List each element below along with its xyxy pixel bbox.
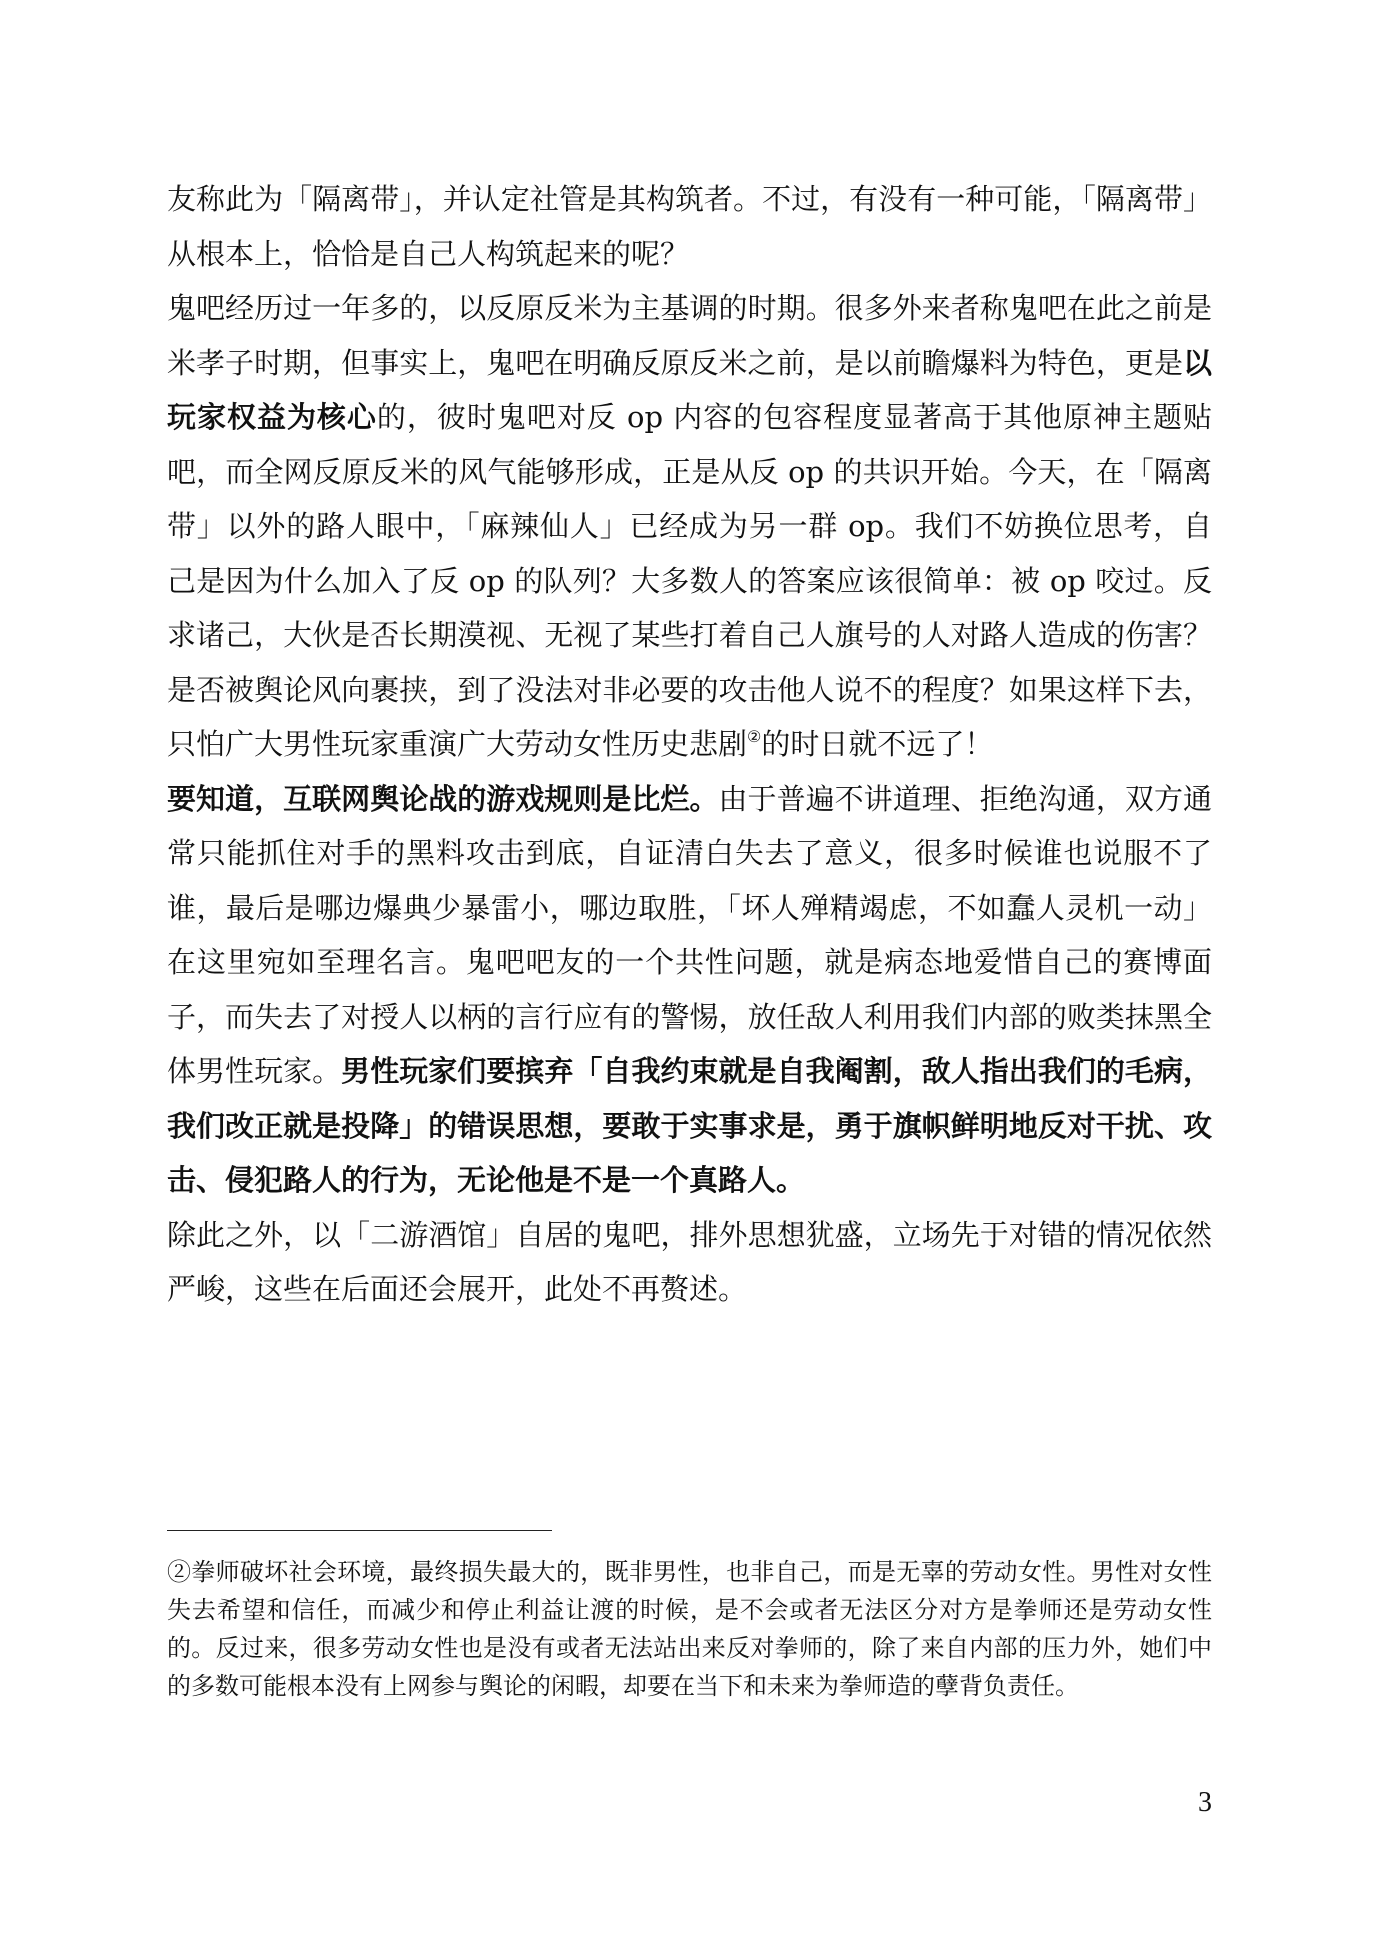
page-number: 3 xyxy=(1198,1787,1212,1819)
text-segment: 的时日就不远了！ xyxy=(761,727,993,761)
bold-emphasis: 要知道，互联网舆论战的游戏规则是比烂。 xyxy=(167,782,719,816)
footnote-reference[interactable]: ② xyxy=(747,727,761,746)
text-segment: 的，彼时鬼吧对反 op 内容的包容程度显著高于其他原神主题贴吧，而全网反原反米的… xyxy=(167,400,1212,761)
text-segment: 由于普遍不讲道理、拒绝沟通，双方通常只能抓住对手的黑料攻击到底，自证清白失去了意… xyxy=(167,782,1212,1089)
text-segment: 除此之外，以「二游酒馆」自居的鬼吧，排外思想犹盛，立场先于对错的情况依然严峻，这… xyxy=(167,1218,1212,1307)
footnote: ②拳师破坏社会环境，最终损失最大的，既非男性，也非自己，而是无辜的劳动女性。男性… xyxy=(167,1553,1212,1705)
footnote-divider xyxy=(167,1530,552,1531)
paragraph-2: 鬼吧经历过一年多的，以反原反米为主基调的时期。很多外来者称鬼吧在此之前是米孝子时… xyxy=(167,281,1212,772)
body-text: 友称此为「隔离带」，并认定社管是其构筑者。不过，有没有一种可能，「隔离带」从根本… xyxy=(167,172,1212,1317)
text-segment: 鬼吧经历过一年多的，以反原反米为主基调的时期。很多外来者称鬼吧在此之前是米孝子时… xyxy=(167,291,1212,380)
footnote-text: 拳师破坏社会环境，最终损失最大的，既非男性，也非自己，而是无辜的劳动女性。男性对… xyxy=(167,1558,1212,1700)
text-segment: 友称此为「隔离带」，并认定社管是其构筑者。不过，有没有一种可能，「隔离带」从根本… xyxy=(167,182,1212,271)
footnote-marker: ② xyxy=(167,1558,191,1586)
document-page: 友称此为「隔离带」，并认定社管是其构筑者。不过，有没有一种可能，「隔离带」从根本… xyxy=(167,0,1212,1942)
paragraph-4: 除此之外，以「二游酒馆」自居的鬼吧，排外思想犹盛，立场先于对错的情况依然严峻，这… xyxy=(167,1208,1212,1317)
paragraph-3: 要知道，互联网舆论战的游戏规则是比烂。由于普遍不讲道理、拒绝沟通，双方通常只能抓… xyxy=(167,772,1212,1208)
paragraph-1: 友称此为「隔离带」，并认定社管是其构筑者。不过，有没有一种可能，「隔离带」从根本… xyxy=(167,172,1212,281)
